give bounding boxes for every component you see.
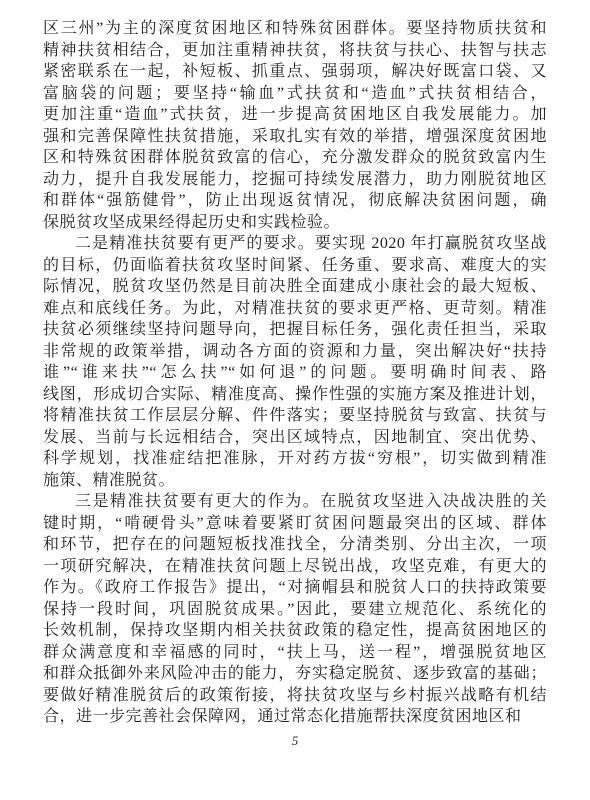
text-line: 科学规划，找准症结把准脉，开对药方拔“穷根”，切实做到精准: [43, 448, 547, 470]
text-line: 保持一段时间，巩固脱贫成果。”因此，要建立规范化、系统化的: [43, 599, 547, 621]
text-line: 要做好精准脱贫后的政策衔接，将扶贫攻坚与乡村振兴战略有机结: [43, 685, 547, 707]
text-line: 富脑袋的问题；要坚持“输血”式扶贫和“造血”式扶贫相结合，: [43, 83, 547, 105]
text-line: 长效机制，保持攻坚期内相关扶贫政策的稳定性，提高贫困地区的: [43, 620, 547, 642]
text-line: 群众满意度和幸福感的同时，“扶上马，送一程”，增强脱贫地区: [43, 642, 547, 664]
text-line: 作为。《政府工作报告》提出，“对摘帽县和脱贫人口的扶持政策要: [43, 577, 547, 599]
text-line: 和环节，把存在的问题短板找准找全，分清类别、分出主次，一项: [43, 534, 547, 556]
page-number: 5: [0, 733, 590, 749]
text-line: 线图，形成切合实际、精准度高、操作性强的实施方案及推进计划，: [43, 384, 547, 406]
text-line: 发展、当前与长远相结合，突出区域特点，因地制宜、突出优势、: [43, 427, 547, 449]
text-line: 和群体“强筋健骨”，防止出现返贫情况，彻底解决贫困问题，确: [43, 190, 547, 212]
text-line: 紧密联系在一起，补短板、抓重点、强弱项，解决好既富口袋、又: [43, 61, 547, 83]
text-line: 和群众抵御外来风险冲击的能力，夯实稳定脱贫、逐步致富的基础；: [43, 663, 547, 685]
text-line: 二是精准扶贫要有更严的要求。要实现 2020 年打赢脱贫攻坚战: [43, 233, 547, 255]
text-line: 区三州”为主的深度贫困地区和特殊贫困群体。要坚持物质扶贫和: [43, 18, 547, 40]
text-line: 更加注重“造血”式扶贫，进一步提高贫困地区自我发展能力。加: [43, 104, 547, 126]
text-line: 非常规的政策举措，调动各方面的资源和力量，突出解决好“扶持: [43, 341, 547, 363]
text-line: 区和特殊贫困群体脱贫致富的信心，充分激发群众的脱贫致富内生: [43, 147, 547, 169]
text-line: 键时期，“啃硬骨头”意味着要紧盯贫困问题最突出的区域、群体: [43, 513, 547, 535]
text-line: 保脱贫攻坚成果经得起历史和实践检验。: [43, 212, 547, 234]
text-line: 施策、精准脱贫。: [43, 470, 547, 492]
text-line: 精神扶贫相结合，更加注重精神扶贫，将扶贫与扶心、扶智与扶志: [43, 40, 547, 62]
text-line: 扶贫必须继续坚持问题导向，把握目标任务，强化责任担当，采取: [43, 319, 547, 341]
text-line: 难点和底线任务。为此，对精准扶贫的要求更严格、更苛刻。精准: [43, 298, 547, 320]
text-line: 谁”“谁来扶”“怎么扶”“如何退”的问题。要明确时间表、路: [43, 362, 547, 384]
body-text: 区三州”为主的深度贫困地区和特殊贫困群体。要坚持物质扶贫和精神扶贫相结合，更加注…: [43, 18, 547, 728]
text-line: 的目标，仍面临着扶贫攻坚时间紧、任务重、要求高、难度大的实: [43, 255, 547, 277]
document-page: 区三州”为主的深度贫困地区和特殊贫困群体。要坚持物质扶贫和精神扶贫相结合，更加注…: [0, 0, 590, 800]
text-line: 强和完善保障性扶贫措施，采取扎实有效的举措，增强深度贫困地: [43, 126, 547, 148]
text-line: 合，进一步完善社会保障网，通过常态化措施帮扶深度贫困地区和: [43, 706, 547, 728]
text-line: 三是精准扶贫要有更大的作为。在脱贫攻坚进入决战决胜的关: [43, 491, 547, 513]
text-line: 将精准扶贫工作层层分解、件件落实；要坚持脱贫与致富、扶贫与: [43, 405, 547, 427]
text-line: 一项研究解决，在精准扶贫问题上尽锐出战，攻坚克难，有更大的: [43, 556, 547, 578]
text-line: 动力，提升自我发展能力，挖掘可持续发展潜力，助力刚脱贫地区: [43, 169, 547, 191]
text-line: 际情况，脱贫攻坚仍然是目前决胜全面建成小康社会的最大短板、: [43, 276, 547, 298]
